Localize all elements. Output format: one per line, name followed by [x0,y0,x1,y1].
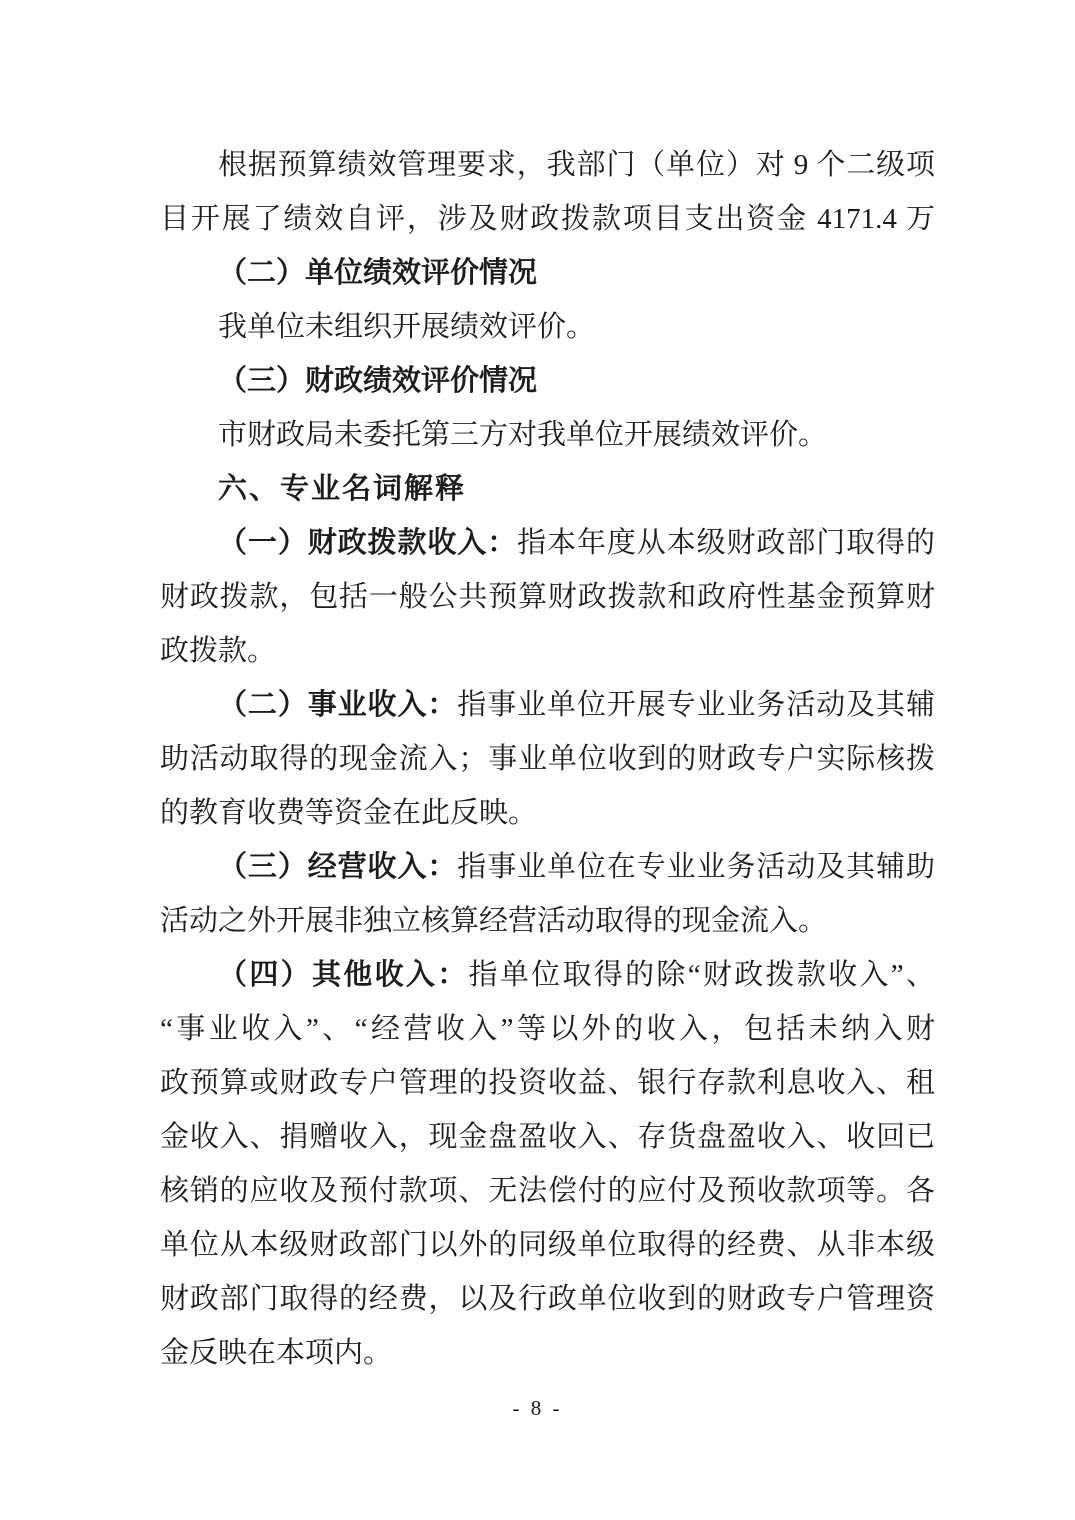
document-body: 根据预算绩效管理要求，我部门（单位）对 9 个二级项目开展了绩效自评，涉及财政拨… [160,138,935,1380]
term-label: （三）经营收入： [218,851,457,883]
para-term-other-income-line-6: 单位从本级财政部门以外的同级单位取得的经费、从非本级 [160,1218,935,1272]
text-run: 指事业单位在专业业务活动及其辅助 [457,851,935,883]
para-term-business-income-line-3: 的教育收费等资金在此反映。 [160,786,935,840]
para-term-fiscal-appropriation-line-2: 财政拨款，包括一般公共预算财政拨款和政府性基金预算财 [160,570,935,624]
text-run: 金收入、捐赠收入，现金盘盈收入、存货盘盈收入、收回已 [160,1121,935,1153]
para-term-other-income-line-2: “事业收入”、“经营收入”等以外的收入，包括未纳入财 [160,1002,935,1056]
text-run: 根据预算绩效管理要求，我部门（单位）对 9 个二级项 [218,149,935,181]
text-run: 我单位未组织开展绩效评价。 [218,311,595,343]
para-fiscal-evaluation-line: 市财政局未委托第三方对我单位开展绩效评价。 [160,408,935,462]
text-run: 活动之外开展非独立核算经营活动取得的现金流入。 [160,905,827,937]
para-term-fiscal-appropriation-line-1: （一）财政拨款收入：指本年度从本级财政部门取得的 [160,516,935,570]
text-run: “事业收入”、“经营收入”等以外的收入，包括未纳入财 [160,1013,935,1045]
para-term-business-income-line-1: （二）事业收入：指事业单位开展专业业务活动及其辅 [160,678,935,732]
text-run: 指事业单位开展专业业务活动及其辅 [457,689,935,721]
para-unit-evaluation-line: 我单位未组织开展绩效评价。 [160,300,935,354]
term-label: （三）财政绩效评价情况 [218,365,537,397]
text-run: 财政拨款，包括一般公共预算财政拨款和政府性基金预算财 [160,581,935,613]
text-run: 指单位取得的除“财政拨款收入”、 [469,959,935,991]
text-run: 金反映在本项内。 [160,1337,392,1369]
para-self-evaluation-line-1: 根据预算绩效管理要求，我部门（单位）对 9 个二级项 [160,138,935,192]
text-run: 政拨款。 [160,635,276,667]
text-run: 的教育收费等资金在此反映。 [160,797,537,829]
para-term-other-income-line-5: 核销的应收及预付款项、无法偿付的应付及预收款项等。各 [160,1164,935,1218]
text-run: 指本年度从本级财政部门取得的 [517,527,935,559]
term-label: 六、专业名词解释 [218,473,466,505]
para-term-other-income-line-3: 政预算或财政专户管理的投资收益、银行存款利息收入、租 [160,1056,935,1110]
text-run: 助活动取得的现金流入；事业单位收到的财政专户实际核拨 [160,743,935,775]
para-term-other-income-line-8: 金反映在本项内。 [160,1326,935,1380]
text-run: 政预算或财政专户管理的投资收益、银行存款利息收入、租 [160,1067,935,1099]
page-footer: - 8 - [0,1396,1075,1421]
para-term-other-income-line-1: （四）其他收入：指单位取得的除“财政拨款收入”、 [160,948,935,1002]
para-term-business-income-line-2: 助活动取得的现金流入；事业单位收到的财政专户实际核拨 [160,732,935,786]
para-self-evaluation-line-2: 目开展了绩效自评，涉及财政拨款项目支出资金 4171.4 万元。 [160,192,935,246]
page-number: - 8 - [513,1396,563,1420]
text-run: 市财政局未委托第三方对我单位开展绩效评价。 [218,419,827,451]
term-label: （二）事业收入： [218,689,457,721]
para-term-operating-income-line-2: 活动之外开展非独立核算经营活动取得的现金流入。 [160,894,935,948]
text-run: 目开展了绩效自评，涉及财政拨款项目支出资金 4171.4 万元。 [160,203,935,246]
heading-unit-performance-evaluation: （二）单位绩效评价情况 [160,246,935,300]
para-term-fiscal-appropriation-line-3: 政拨款。 [160,624,935,678]
heading-terminology-section: 六、专业名词解释 [160,462,935,516]
term-label: （二）单位绩效评价情况 [218,257,537,289]
text-run: 单位从本级财政部门以外的同级单位取得的经费、从非本级 [160,1229,935,1261]
para-term-operating-income-line-1: （三）经营收入：指事业单位在专业业务活动及其辅助 [160,840,935,894]
term-label: （一）财政拨款收入： [218,527,517,559]
text-run: 财政部门取得的经费，以及行政单位收到的财政专户管理资 [160,1283,935,1315]
text-run: 核销的应收及预付款项、无法偿付的应付及预收款项等。各 [160,1175,935,1207]
term-label: （四）其他收入： [218,959,469,991]
para-term-other-income-line-7: 财政部门取得的经费，以及行政单位收到的财政专户管理资 [160,1272,935,1326]
heading-fiscal-performance-evaluation: （三）财政绩效评价情况 [160,354,935,408]
para-term-other-income-line-4: 金收入、捐赠收入，现金盘盈收入、存货盘盈收入、收回已 [160,1110,935,1164]
document-page: 根据预算绩效管理要求，我部门（单位）对 9 个二级项目开展了绩效自评，涉及财政拨… [0,0,1075,1520]
